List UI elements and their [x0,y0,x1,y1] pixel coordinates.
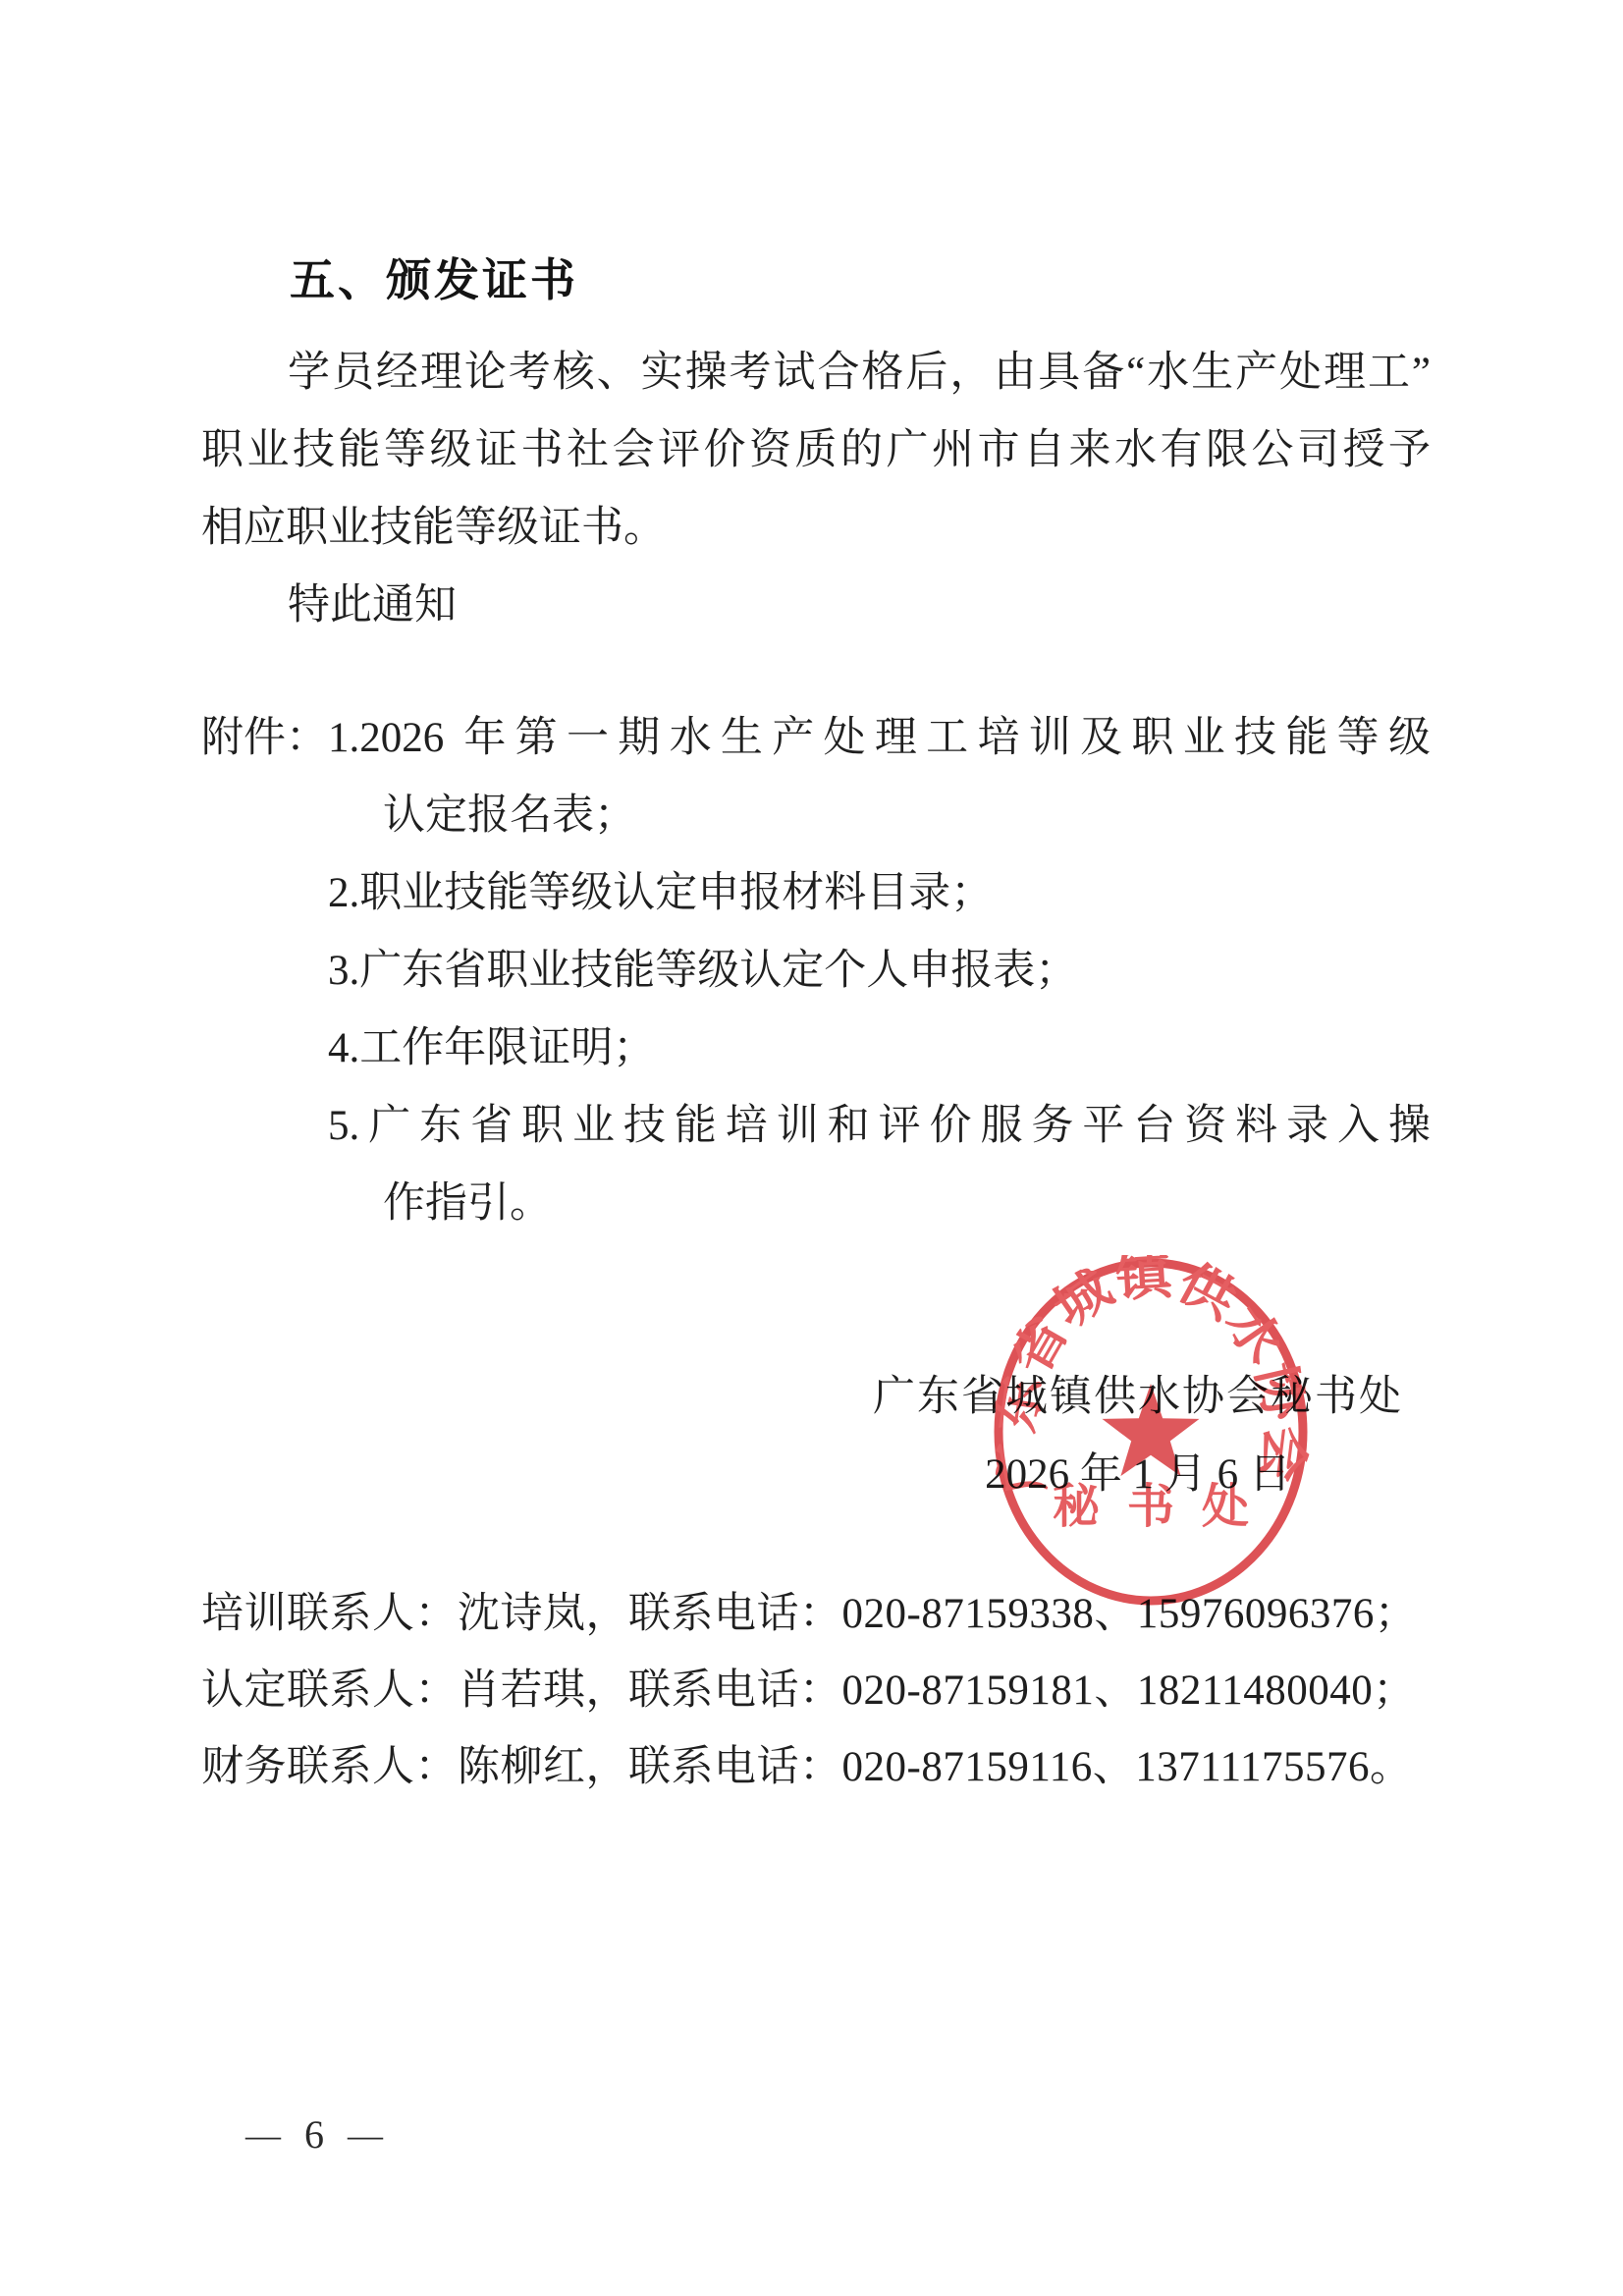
attachment-item-line: 2.职业技能等级认定申报材料目录； [328,854,1431,932]
document-page: 五、颁发证书 学员经理论考核、实操考试合格后，由具备“水生产处理工” 职业技能等… [0,0,1623,2296]
stamp-bottom-text: 秘书处 [1053,1481,1249,1533]
attachment-item: 2.职业技能等级认定申报材料目录； [328,854,1431,932]
contact-line: 认定联系人：肖若琪，联系电话：020-87159181、18211480040； [201,1653,1431,1729]
attachments-block: 附件： 1.2026 年第一期水生产处理工培训及职业技能等级 认定报名表； 2.… [201,699,1431,1242]
footer-dash-right: — [348,2114,383,2156]
attachment-item: 4.工作年限证明； [328,1010,1431,1087]
footer-page-number: 6 [304,2111,324,2158]
attachment-item-line: 认定报名表； [328,777,1431,854]
attachment-item-line: 1.2026 年第一期水生产处理工培训及职业技能等级 [328,699,1431,777]
attachment-item: 5.广东省职业技能培训和评价服务平台资料录入操 作指引。 [328,1087,1431,1242]
stamp-arc-text: 广东省城镇供水协会 [989,1255,1313,1500]
footer-dash-left: — [245,2114,281,2156]
attachment-item-line: 3.广东省职业技能等级认定个人申报表； [328,932,1431,1010]
section-heading: 五、颁发证书 [201,251,1431,308]
paragraph-line: 相应职业技能等级证书。 [201,489,1431,567]
closing-note: 特此通知 [201,567,1431,644]
star-icon [1103,1384,1200,1476]
svg-text:广东省城镇供水协会: 广东省城镇供水协会 [989,1255,1313,1500]
contacts-block: 培训联系人：沈诗岚，联系电话：020-87159338、15976096376；… [201,1576,1431,1806]
page-footer: — 6 — [245,2111,383,2158]
attachments-list: 1.2026 年第一期水生产处理工培训及职业技能等级 认定报名表； 2.职业技能… [328,699,1431,1242]
paragraph-line: 职业技能等级证书社会评价资质的广州市自来水有限公司授予 [201,411,1431,489]
official-stamp: 广东省城镇供水协会 秘书处 [989,1255,1313,1609]
paragraph-line: 学员经理论考核、实操考试合格后，由具备“水生产处理工” [201,334,1431,411]
body-paragraph: 学员经理论考核、实操考试合格后，由具备“水生产处理工” 职业技能等级证书社会评价… [201,334,1431,567]
attachment-item-line: 4.工作年限证明； [328,1010,1431,1087]
attachment-item: 3.广东省职业技能等级认定个人申报表； [328,932,1431,1010]
attachment-item-line: 5.广东省职业技能培训和评价服务平台资料录入操 [328,1087,1431,1165]
attachments-label: 附件： [201,699,328,1242]
contact-line: 财务联系人：陈柳红，联系电话：020-87159116、13711175576。 [201,1729,1431,1806]
attachment-item: 1.2026 年第一期水生产处理工培训及职业技能等级 认定报名表； [328,699,1431,854]
attachment-item-line: 作指引。 [328,1165,1431,1242]
